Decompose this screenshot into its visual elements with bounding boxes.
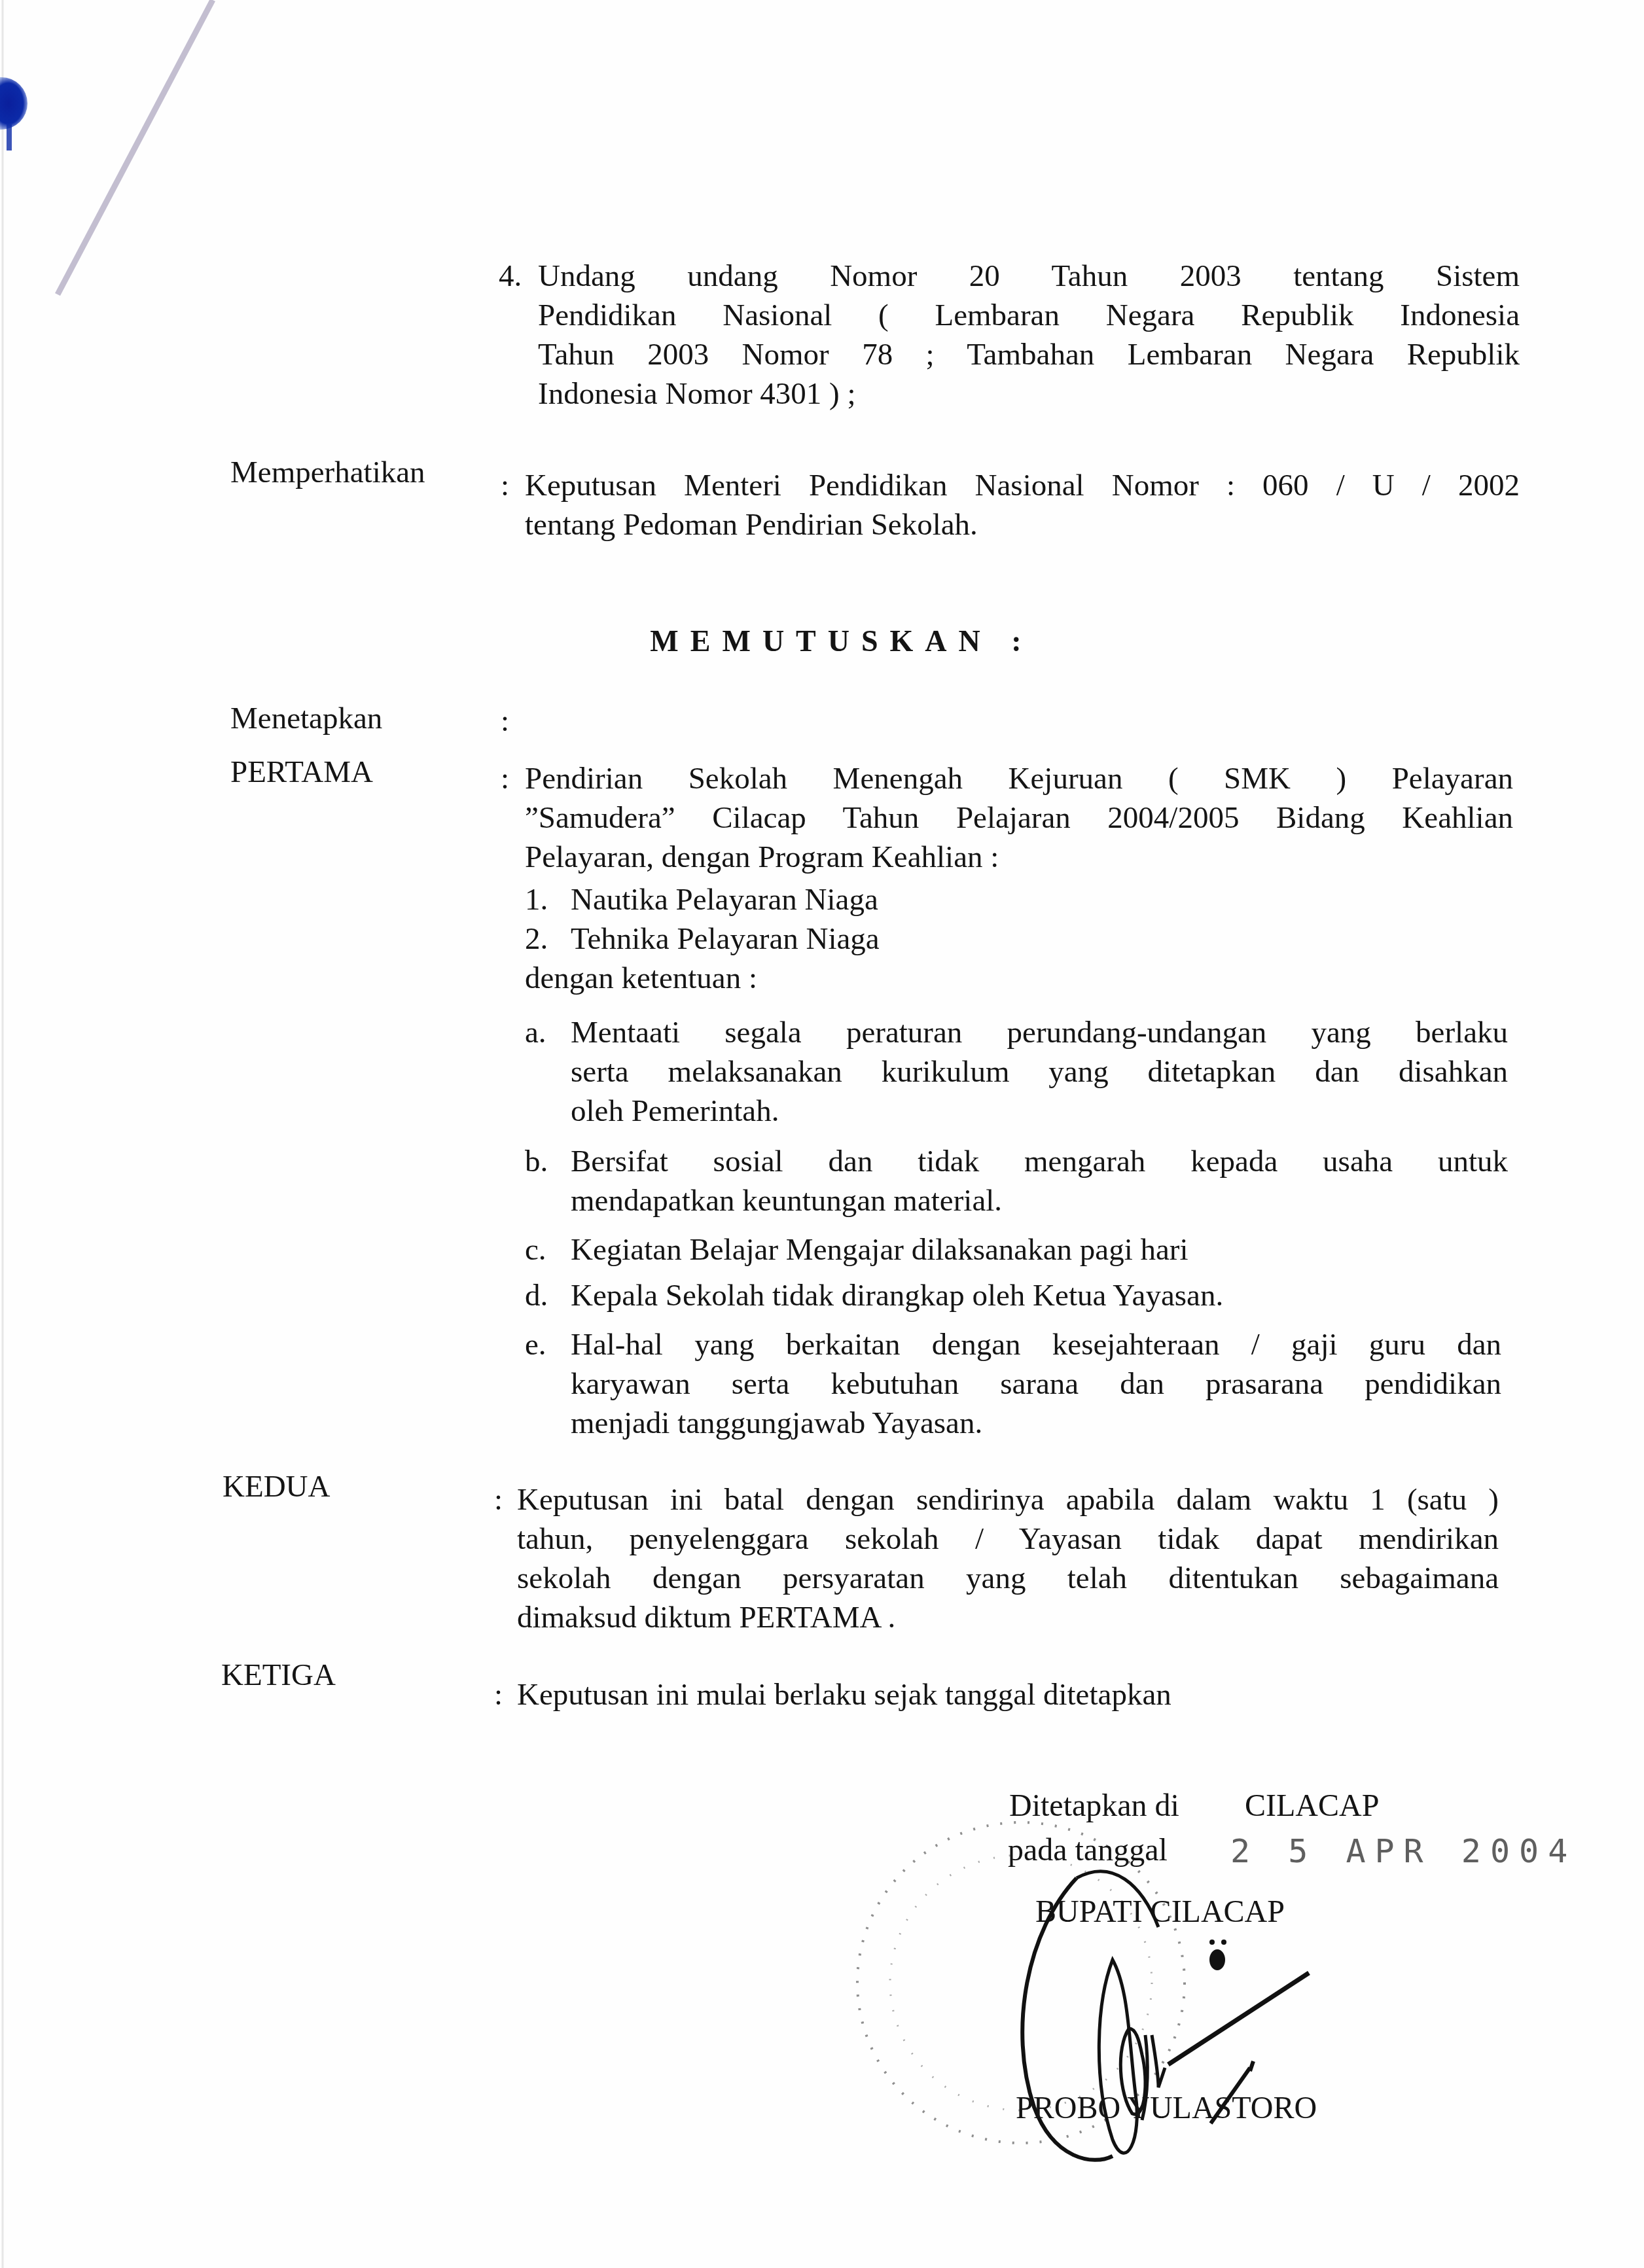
menetapkan-label: Menetapkan [230, 699, 382, 738]
condition-a-text: Mentaati segala peraturan perundang-unda… [571, 1013, 1508, 1131]
text-line: Undang undang Nomor 20 Tahun 2003 tentan… [538, 257, 1520, 296]
memperhatikan-text: Keputusan Menteri Pendidikan Nasional No… [525, 466, 1520, 544]
text-line: tentang Pedoman Pendirian Sekolah. [525, 505, 1520, 544]
pertama-text: Pendirian Sekolah Menengah Kejuruan ( SM… [525, 759, 1513, 877]
label-colon: : [501, 759, 509, 798]
considering-item-4-text: Undang undang Nomor 20 Tahun 2003 tentan… [538, 257, 1520, 414]
text-line: dimaksud diktum PERTAMA . [517, 1598, 1499, 1637]
place-label: Ditetapkan di [1009, 1786, 1179, 1826]
condition-e-text: Hal-hal yang berkaitan dengan kesejahter… [571, 1325, 1501, 1443]
program-item: Nautika Pelayaran Niaga [571, 880, 878, 919]
text-line: Bersifat sosial dan tidak mengarah kepad… [571, 1142, 1508, 1181]
condition-marker: d. [525, 1276, 548, 1315]
program-marker: 1. [525, 880, 548, 919]
text-line: Pelayaran, dengan Program Keahlian : [525, 838, 1513, 877]
text-line: serta melaksanakan kurikulum yang diteta… [571, 1052, 1508, 1091]
text-line: oleh Pemerintah. [571, 1091, 1508, 1131]
decision-heading: MEMUTUSKAN : [20, 622, 1644, 661]
program-marker: 2. [525, 919, 548, 959]
text-line: tahun, penyelenggara sekolah / Yayasan t… [517, 1519, 1499, 1559]
condition-marker: e. [525, 1325, 546, 1364]
text-line: Hal-hal yang berkaitan dengan kesejahter… [571, 1325, 1501, 1364]
text-line: Keputusan ini mulai berlaku sejak tangga… [517, 1675, 1499, 1714]
text-line: Kegiatan Belajar Mengajar dilaksanakan p… [571, 1230, 1508, 1269]
memperhatikan-label: Memperhatikan [230, 453, 425, 492]
condition-c-text: Kegiatan Belajar Mengajar dilaksanakan p… [571, 1230, 1508, 1269]
condition-marker: c. [525, 1230, 546, 1269]
text-line: menjadi tanggungjawab Yayasan. [571, 1404, 1501, 1443]
text-line: sekolah dengan persyaratan yang telah di… [517, 1559, 1499, 1598]
place-value: CILACAP [1245, 1786, 1379, 1826]
document-page: 4. Undang undang Nomor 20 Tahun 2003 ten… [0, 0, 1644, 2268]
conditions-intro: dengan ketentuan : [525, 959, 757, 998]
condition-d-text: Kepala Sekolah tidak dirangkap oleh Ketu… [571, 1276, 1508, 1315]
list-marker: 4. [499, 257, 522, 296]
condition-marker: b. [525, 1142, 548, 1181]
text-line: Keputusan Menteri Pendidikan Nasional No… [525, 466, 1520, 505]
text-line: Pendidikan Nasional ( Lembaran Negara Re… [538, 296, 1520, 335]
kedua-text: Keputusan ini batal dengan sendirinya ap… [517, 1480, 1499, 1637]
condition-b-text: Bersifat sosial dan tidak mengarah kepad… [571, 1142, 1508, 1220]
text-line: karyawan serta kebutuhan sarana dan pras… [571, 1364, 1501, 1404]
kedua-label: KEDUA [223, 1467, 330, 1506]
pertama-label: PERTAMA [230, 753, 373, 792]
signatory-name: PROBO YULASTORO [1016, 2089, 1317, 2128]
label-colon: : [501, 701, 509, 741]
text-line: Mentaati segala peraturan perundang-unda… [571, 1013, 1508, 1052]
text-line: Pendirian Sekolah Menengah Kejuruan ( SM… [525, 759, 1513, 798]
label-colon: : [494, 1480, 503, 1519]
text-line: Keputusan ini batal dengan sendirinya ap… [517, 1480, 1499, 1519]
text-line: mendapatkan keuntungan material. [571, 1181, 1508, 1220]
label-colon: : [494, 1675, 503, 1714]
condition-marker: a. [525, 1013, 546, 1052]
program-item: Tehnika Pelayaran Niaga [571, 919, 880, 959]
text-line: Kepala Sekolah tidak dirangkap oleh Ketu… [571, 1276, 1508, 1315]
text-line: Indonesia Nomor 4301 ) ; [538, 374, 1520, 414]
label-colon: : [501, 466, 509, 505]
ink-drip-mark [7, 124, 12, 151]
text-line: ”Samudera” Cilacap Tahun Pelajaran 2004/… [525, 798, 1513, 838]
text-line: Tahun 2003 Nomor 78 ; Tambahan Lembaran … [538, 335, 1520, 374]
ketiga-label: KETIGA [221, 1656, 336, 1695]
ketiga-text: Keputusan ini mulai berlaku sejak tangga… [517, 1675, 1499, 1714]
